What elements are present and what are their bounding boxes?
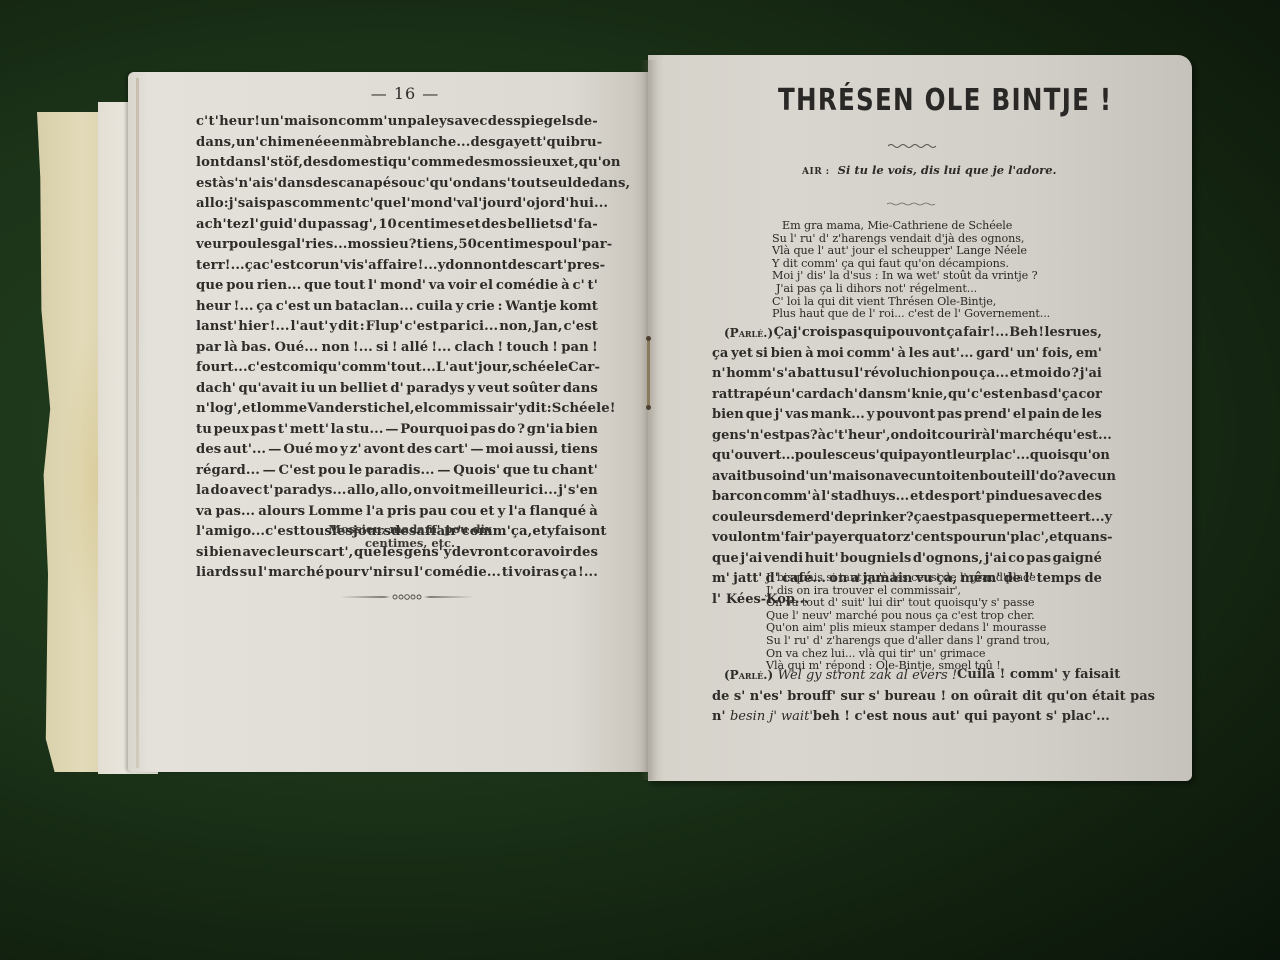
text-line: régard...—C'estpouleparadis...—Quois'que…: [196, 461, 598, 482]
text-line: c't'heur!un'maisoncomm'unpaleysavecdessp…: [196, 112, 598, 133]
verse-line: Vlà que l' aut' jour el scheupper' Lange…: [772, 245, 1050, 258]
air-squiggle-icon: [887, 201, 937, 207]
air-label: AIR :: [802, 167, 830, 177]
text-line: vapas...aloursLommel'aprispaucouetyl'afl…: [196, 502, 598, 523]
left-page-body: c't'heur!un'maisoncomm'unpaleysavecdessp…: [196, 112, 598, 584]
spoken-line: (Parlé.) Wel gy stront zak al evers ! Cu…: [712, 665, 1102, 687]
text-line: couleursdemerd'deprinker?çaestpasqueperm…: [712, 508, 1102, 529]
text-line: qu'ouvert...poulesceus'quipayontleurplac…: [712, 446, 1102, 467]
verse-line: Em gra mama, Mie-Cathriene de Schéele: [772, 220, 1050, 233]
spoken-italic: besin j' wait': [730, 709, 813, 724]
text-line: çayetsibienàmoicomm'àlesaut'...gard'un'f…: [712, 344, 1102, 365]
text-line: quepourien...quetoutl'mond'vavoirelcoméd…: [196, 276, 598, 297]
spoken-italic: Wel gy stront zak al evers !: [778, 668, 957, 683]
parle-label: (Parlé.): [724, 668, 773, 682]
text-line: rattrapéun'cardach'dansm'knie,qu'c'esten…: [712, 385, 1102, 406]
verse-1: Em gra mama, Mie-Cathriene de Schéele Su…: [772, 220, 1050, 321]
text-line: dach'qu'avaitiuunbellietd'paradysyveutso…: [196, 379, 598, 400]
text-line: lanst'hier!...l'aut'ydit:Flup'c'estparic…: [196, 317, 598, 338]
text-line: terr!...çac'estcorun'vis'affaire!...ydon…: [196, 256, 598, 277]
spoken-line: de s' n'es' brouff' sur s' bureau ! on o…: [712, 687, 1102, 708]
text-line: liardssul'marchépourv'nirsul'comédie...t…: [196, 563, 598, 584]
text-line: heur!...çac'estunbataclan...cuilaycrie:W…: [196, 297, 598, 318]
song-title: THRÉSEN OLE BINTJE !: [778, 83, 1024, 118]
text-line: bienquej'vasmank...ypouvontpasprend'elpa…: [712, 405, 1102, 426]
title-squiggle-icon: [888, 142, 938, 150]
text-line: barconcomm'àl'stadhuys...etdesport'pindu…: [712, 487, 1102, 508]
text-line: allo:j'saispascommentc'quel'mond'val'jou…: [196, 194, 598, 215]
text-line: gens'n'estpas?àc't'heur',ondoitcouriràl'…: [712, 426, 1102, 447]
text-line: parlàbas.Oué...non!...si!allé!...clach!t…: [196, 338, 598, 359]
page-number: — 16 —: [370, 84, 440, 105]
text-line: tupeuxpast'mett'lastu...—Pourquoipasdo?g…: [196, 420, 598, 441]
verse-line: J'ai pas ça li dihors not' régelment...: [772, 283, 1050, 296]
text-line: quej'aivendihuit'bougnielsd'ognons,j'aic…: [712, 549, 1102, 570]
spoken-text: beh ! c'est nous aut' qui payont s' plac…: [813, 707, 1110, 728]
spoken-line: (Parlé.)Çaj'croispasquipouvontçafair!...…: [712, 323, 1102, 344]
air-line: AIR : Si tu le vois, dis lui que je l'ad…: [802, 163, 1102, 177]
binding-stitch: [647, 338, 650, 408]
text-line: veurpoulesgal'ries...mossieu?tiens,50cen…: [196, 235, 598, 256]
spoken-line: n' besin j' wait' beh ! c'est nous aut' …: [712, 707, 1102, 728]
book-gutter: [640, 60, 658, 780]
text-line: estàs'n'ais'dansdescanapésouc'qu'ondans'…: [196, 174, 598, 195]
verse-line: J' bisquais si tant qu'à les ceus' de l'…: [766, 572, 1050, 585]
text-line: voulontm'fair'payerquatorz'centspourun'p…: [712, 528, 1102, 549]
text-line: fourt...c'estcomiqu'comm'tout...L'aut'jo…: [196, 358, 598, 379]
parle-label: (Parlé.): [724, 323, 773, 344]
text-line: dans,un'chimenéeenmàbreblanche...desgaye…: [196, 133, 598, 154]
text-line: ach'tezl'guid'dupassag',10centimesetdesb…: [196, 215, 598, 236]
text-line: avaitbusoind'un'maisonavecuntoitenboutei…: [712, 467, 1102, 488]
air-text: Si tu le vois, dis lui que je l'adore.: [838, 163, 1057, 177]
verse-line: Plus haut que de l' roi... c'est de l' G…: [772, 308, 1050, 321]
text-line: ladoavect'paradys...allo,allo,onvoitmeil…: [196, 481, 598, 502]
text-line: desaut'...—Ouémoyz'avontdescart'—moiauss…: [196, 440, 598, 461]
spoken-passage-1: (Parlé.)Çaj'croispasquipouvontçafair!...…: [712, 323, 1102, 610]
spoken-passage-2: (Parlé.) Wel gy stront zak al evers ! Cu…: [712, 665, 1102, 728]
spoken-text: Cuila ! comm' y faisait: [957, 665, 1120, 687]
text-line: n'homm's'abattusul'révoluchionpouça...et…: [712, 364, 1102, 385]
spoken-text: n': [712, 709, 725, 724]
open-booklet: — 16 — c't'heur!un'maisoncomm'unpaleysav…: [0, 0, 1280, 960]
verse-line: On va tout d' suit' lui dir' tout quoisq…: [766, 597, 1050, 610]
ornament-rule-icon: [340, 594, 474, 600]
verse-line: Su l' ru' d' z'harengs que d'aller dans …: [766, 635, 1050, 648]
left-page-closing-line: Mossieu, madam' pou dix centimes, etc.: [300, 522, 520, 550]
verse-2: J' bisquais si tant qu'à les ceus' de l'…: [766, 572, 1050, 673]
text-line: lontdansl'stöf,desdomestiqu'commedesmoss…: [196, 153, 598, 174]
text-line: n'log',etlommeVanderstichel,elcommissair…: [196, 399, 598, 420]
